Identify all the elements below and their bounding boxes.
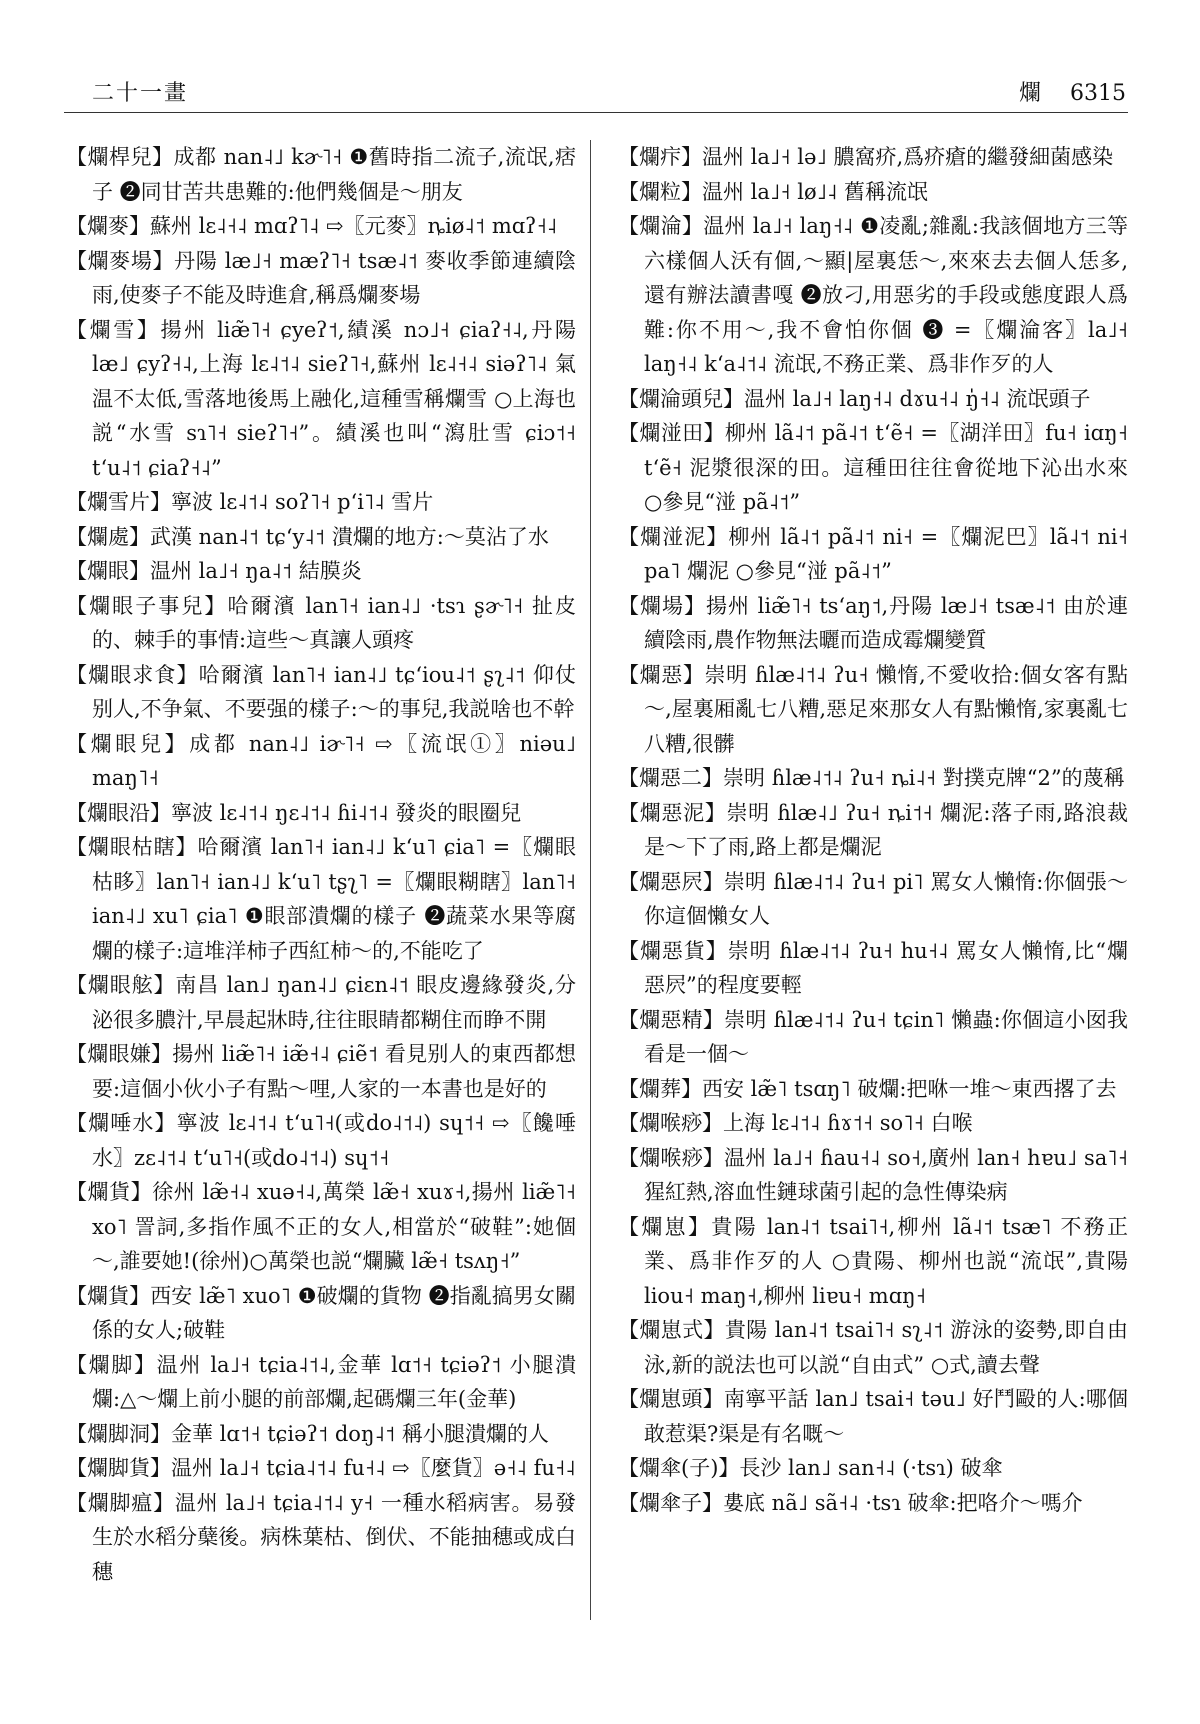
page-head-right: 爛 6315 xyxy=(1019,76,1126,107)
dictionary-entry: 【爛粒】温州 la˩˧ lø˩˨ 舊稱流氓 xyxy=(618,175,1128,210)
dictionary-entry: 【爛場】揚州 liæ̃˥˧ tsʻaŋ˦,丹陽 læ˩˧ tsæ˨˦ 由於連續陰… xyxy=(618,589,1128,658)
dictionary-entry: 【爛脚貨】温州 la˩˧ tɕia˨˦˨ fu˧˨ ⇨〖麼貨〗ə˧˨ fu˧˨ xyxy=(66,1451,576,1486)
page-header: 二十一畫 爛 6315 xyxy=(92,72,1126,112)
dictionary-entry: 【爛惡貨】崇明 ɦlæ˨˦˨ ʔu˧ hu˧˨ 罵女人懶惰,比“爛惡屄”的程度要… xyxy=(618,934,1128,1003)
dictionary-entry: 【爛貨】西安 læ̃˥ xuo˥ ❶破爛的貨物 ❷指亂搞男女關係的女人;破鞋 xyxy=(66,1279,576,1348)
page-number: 6315 xyxy=(1070,81,1126,106)
dictionary-entry: 【爛惡精】崇明 ɦlæ˨˦˨ ʔu˧ tɕin˥ 懶蟲:你個這小囡我看是一個～ xyxy=(618,1003,1128,1072)
dictionary-entry: 【爛麥場】丹陽 læ˩˧ mæʔ˥˧ tsæ˨˦ 麥收季節連續陰雨,使麥子不能及… xyxy=(66,244,576,313)
dictionary-entry: 【爛崽式】貴陽 lan˨˦ tsai˥˧ sʅ˨˦ 游泳的姿勢,即自由泳,新的説… xyxy=(618,1313,1128,1382)
dictionary-entry: 【爛惡】崇明 ɦlæ˨˦˨ ʔu˧ 懶惰,不愛收拾:個女客有點～,屋裏厢亂七八糟… xyxy=(618,658,1128,762)
dictionary-entry: 【爛傘(子)】長沙 lan˩ san˧˨ (·tsɿ) 破傘 xyxy=(618,1451,1128,1486)
dictionary-entry: 【爛雪】揚州 liæ̃˥˧ ɕyeʔ˦,績溪 nɔ˩˧ ɕiaʔ˧˨,丹陽 læ… xyxy=(66,313,576,486)
dictionary-entry: 【爛疜】温州 la˩˧ lə˩ 膿窩疥,爲疥瘡的繼發細菌感染 xyxy=(618,140,1128,175)
dictionary-entry: 【爛喉痧】温州 la˩˧ ɦau˧˨ so˧,廣州 lan˧ hɐu˩ sa˥˧… xyxy=(618,1141,1128,1210)
dictionary-entry: 【爛眼舷】南昌 lan˩ ŋan˨˩ ɕiɛn˨˦ 眼皮邊緣發炎,分泌很多膿汁,… xyxy=(66,968,576,1037)
head-character: 爛 xyxy=(1019,81,1041,106)
dictionary-entry: 【爛眼子事兒】哈爾濱 lan˥˧ ian˨˩ ·tsɿ ʂɚ˥˧ 扯皮的、棘手的… xyxy=(66,589,576,658)
dictionary-entry: 【爛惡屄】崇明 ɦlæ˨˦˨ ʔu˧ pi˥ 罵女人懶惰:你個張～你這個懶女人 xyxy=(618,865,1128,934)
dictionary-entry: 【爛眼嫌】揚州 liæ̃˥˧ iæ̃˧˨ ɕiẽ˦ 看見别人的東西都想要:這個小… xyxy=(66,1037,576,1106)
dictionary-entry: 【爛湴田】柳州 lã˨˦ pã˨˦ tʻẽ˧ =〖湖洋田〗fu˧ iɑŋ˧ tʻ… xyxy=(618,416,1128,520)
dictionary-entry: 【爛傘子】婁底 nã˩ sã˧˨ ·tsɿ 破傘:把咯介～嗎介 xyxy=(618,1486,1128,1521)
dictionary-entry: 【爛脚】温州 la˩˧ tɕia˨˦˨,金華 lɑ˦˧ tɕiəʔ˦ 小腿潰爛:… xyxy=(66,1348,576,1417)
dictionary-entry: 【爛湴泥】柳州 lã˨˦ pã˨˦ ni˧ =〖爛泥巴〗lã˨˦ ni˧ pa˥… xyxy=(618,520,1128,589)
dictionary-entry: 【爛眼兒】成都 nan˨˩ iɚ˥˧ ⇨〖流氓①〗niəu˩ maŋ˥˧ xyxy=(66,727,576,796)
dictionary-entry: 【爛脚洞】金華 lɑ˦˧ tɕiəʔ˦ doŋ˨˦ 稱小腿潰爛的人 xyxy=(66,1417,576,1452)
dictionary-entry: 【爛唾水】寧波 lɛ˨˦˨ tʻu˥˧(或do˨˦˨) sɥ˦˧ ⇨〖饞唾水〗z… xyxy=(66,1106,576,1175)
dictionary-entry: 【爛惡泥】崇明 ɦlæ˨˩ ʔu˧ ȵi˦˧ 爛泥:落子雨,路浪裁是～下了雨,路… xyxy=(618,796,1128,865)
dictionary-entry: 【爛脚瘟】温州 la˩˧ tɕia˨˦˨ y˧ 一種水稻病害。易發生於水稻分蘖後… xyxy=(66,1486,576,1590)
dictionary-entry: 【爛麥】蘇州 lɛ˨˧˨ mɑʔ˥˨ ⇨〖元麥〗ȵiø˨˦ mɑʔ˧˨ xyxy=(66,209,576,244)
dictionary-entry: 【爛喉痧】上海 lɛ˨˦˨ ɦɤ˦˧ so˥˧ 白喉 xyxy=(618,1106,1128,1141)
column-divider xyxy=(590,140,591,1620)
section-title: 二十一畫 xyxy=(92,76,188,107)
header-rule xyxy=(64,112,1128,113)
dictionary-entry: 【爛崽頭】南寧平話 lan˩ tsai˧ təu˩ 好鬥毆的人:哪個敢惹渠?渠是… xyxy=(618,1382,1128,1451)
dictionary-entry: 【爛眼枯瞎】哈爾濱 lan˥˧ ian˨˩ kʻu˥ ɕia˥ =〖爛眼枯眵〗l… xyxy=(66,830,576,968)
dictionary-entry: 【爛葬】西安 læ̃˥ tsɑŋ˥ 破爛:把咻一堆～東西撂了去 xyxy=(618,1072,1128,1107)
dictionary-entry: 【爛處】武漢 nan˨˦ tɕʻy˨˦ 潰爛的地方:～莫沾了水 xyxy=(66,520,576,555)
dictionary-entry: 【爛淪頭兒】温州 la˩˧ laŋ˧˨ dɤu˧˨ ŋ̍˧˨ 流氓頭子 xyxy=(618,382,1128,417)
dictionary-entry: 【爛眼求食】哈爾濱 lan˥˧ ian˨˩ tɕʻiou˨˦ ʂʅ˨˦ 仰仗别人… xyxy=(66,658,576,727)
dictionary-entry: 【爛崽】貴陽 lan˨˦ tsai˥˧,柳州 lã˨˦ tsæ˥ 不務正業、爲非… xyxy=(618,1210,1128,1314)
dictionary-entry: 【爛雪片】寧波 lɛ˨˦˨ soʔ˥˧ pʻi˥˨ 雪片 xyxy=(66,485,576,520)
dictionary-entry: 【爛眼沿】寧波 lɛ˨˦˨ ŋɛ˨˦˨ ɦi˨˦˨ 發炎的眼圈兒 xyxy=(66,796,576,831)
dictionary-entry: 【爛貨】徐州 læ̃˧˨ xuə˧˨,萬榮 læ̃˧ xuɤ˧,揚州 liæ̃˥… xyxy=(66,1175,576,1279)
left-column: 【爛桿兒】成都 nan˨˩ kɚ˥˧ ❶舊時指二流子,流氓,痞子 ❷同甘苦共患難… xyxy=(66,140,576,1589)
dictionary-entry: 【爛眼】温州 la˩˧ ŋa˨˦ 結膜炎 xyxy=(66,554,576,589)
dictionary-entry: 【爛桿兒】成都 nan˨˩ kɚ˥˧ ❶舊時指二流子,流氓,痞子 ❷同甘苦共患難… xyxy=(66,140,576,209)
dictionary-entry: 【爛淪】温州 la˩˧ laŋ˧˨ ❶凌亂;雜亂:我該個地方三等六樣個人沃有個,… xyxy=(618,209,1128,382)
dictionary-entry: 【爛惡二】崇明 ɦlæ˨˦˨ ʔu˧ ȵi˨˧ 對撲克牌“2”的蔑稱 xyxy=(618,761,1128,796)
right-column: 【爛疜】温州 la˩˧ lə˩ 膿窩疥,爲疥瘡的繼發細菌感染 【爛粒】温州 la… xyxy=(618,140,1128,1520)
